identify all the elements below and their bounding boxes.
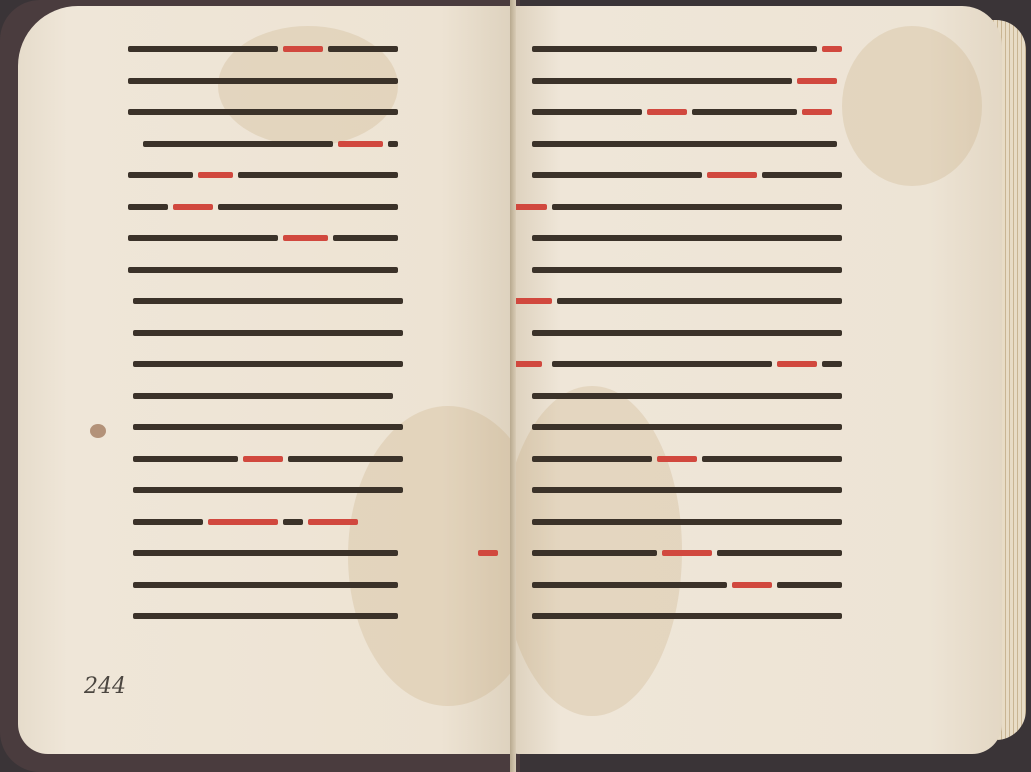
rubric-text [512,298,552,304]
ink-text [532,550,657,556]
text-line [512,538,1002,570]
ink-text [532,519,842,525]
ink-text [128,235,278,241]
ink-text [133,361,403,367]
ink-text [238,172,398,178]
text-line [18,255,516,287]
rubric-text [198,172,233,178]
rubric-text [208,519,278,525]
rubric-text [243,456,283,462]
ink-text [388,141,398,147]
ink-text [128,78,398,84]
rubric-text [308,519,358,525]
text-line [512,475,1002,507]
text-line [512,412,1002,444]
rubric-text [732,582,772,588]
ink-text [532,330,842,336]
text-line [512,97,1002,129]
text-line [18,601,516,633]
left-text-block [18,34,516,633]
text-line [512,223,1002,255]
text-line [18,570,516,602]
ink-text [288,456,403,462]
rubric-text [338,141,383,147]
text-line [18,286,516,318]
rubric-text [283,235,328,241]
ink-text [133,424,403,430]
ink-text [143,141,333,147]
ink-text [133,487,403,493]
text-line [512,34,1002,66]
text-line [18,349,516,381]
text-line [512,381,1002,413]
ink-text [532,487,842,493]
ink-text [128,172,193,178]
text-line [18,223,516,255]
ink-text [128,109,398,115]
text-line [18,444,516,476]
ink-text [532,613,842,619]
rubric-text [512,361,542,367]
rubric-text [283,46,323,52]
text-line [512,160,1002,192]
text-line [512,318,1002,350]
text-line [512,570,1002,602]
ink-text [717,550,842,556]
ink-text [557,298,842,304]
text-line [512,255,1002,287]
right-text-block [512,34,1002,633]
rubric-text [173,204,213,210]
text-line [512,286,1002,318]
folio-number: 244 [84,674,126,699]
rubric-text [662,550,712,556]
text-line [512,507,1002,539]
ink-text [532,393,842,399]
text-line [512,444,1002,476]
ink-text [532,267,842,273]
left-page: 244 [18,6,516,754]
text-line [18,192,516,224]
ink-text [328,46,398,52]
ink-text [532,456,652,462]
rubric-text [707,172,757,178]
ink-text [133,613,398,619]
ink-text [133,550,398,556]
ink-text [532,78,792,84]
text-line [512,349,1002,381]
ink-text [552,204,842,210]
ink-text [702,456,842,462]
ink-text [777,582,842,588]
text-line [18,34,516,66]
gutter [510,0,516,772]
ink-text [762,172,842,178]
ink-text [692,109,797,115]
ink-text [333,235,398,241]
ink-text [218,204,398,210]
ink-text [133,456,238,462]
rubric-text [797,78,837,84]
ink-text [532,235,842,241]
text-line [512,66,1002,98]
ink-text [532,424,842,430]
text-line [512,129,1002,161]
ink-text [532,582,727,588]
ink-text [532,141,837,147]
ink-text [532,109,642,115]
ink-text [128,46,278,52]
rubric-text [478,550,498,556]
ink-text [283,519,303,525]
ink-text [822,361,842,367]
ink-text [552,361,772,367]
text-line [18,381,516,413]
rubric-text [777,361,817,367]
text-line [512,601,1002,633]
right-page [512,6,1002,754]
text-line [18,538,516,570]
ink-spot [90,424,106,438]
text-line [18,475,516,507]
ink-text [133,393,393,399]
text-line [18,318,516,350]
text-line [18,129,516,161]
rubric-text [802,109,832,115]
ink-text [133,298,403,304]
ink-text [133,519,203,525]
ink-text [532,172,702,178]
ink-text [133,582,398,588]
ink-text [128,204,168,210]
ink-text [133,330,403,336]
rubric-text [647,109,687,115]
text-line [18,160,516,192]
text-line [18,66,516,98]
text-line [512,192,1002,224]
ink-text [532,46,817,52]
rubric-text [512,204,547,210]
rubric-text [657,456,697,462]
rubric-text [822,46,842,52]
ink-text [128,267,398,273]
text-line [18,97,516,129]
text-line [18,507,516,539]
